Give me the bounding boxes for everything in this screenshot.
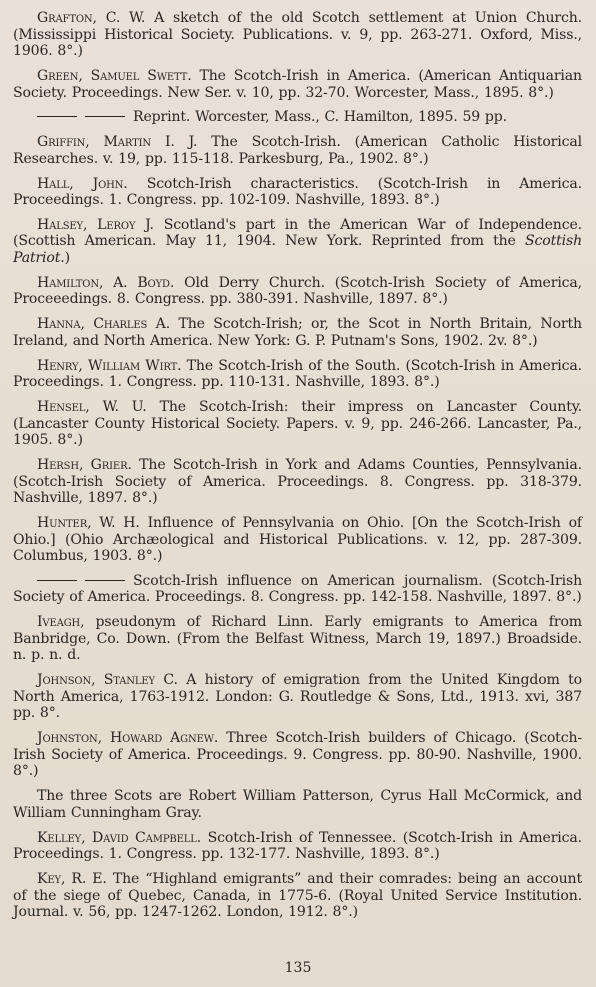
bib-entry-green-reprint: Reprint. Worcester, Mass., C. Hamilton, … <box>13 109 582 126</box>
page-number: 135 <box>0 960 596 976</box>
bib-entry-iveagh: Iveagh, pseudonym of Richard Linn. Early… <box>13 614 582 664</box>
entry-author: Hamilton, A. Boyd. <box>37 275 174 291</box>
bib-entry-hamilton: Hamilton, A. Boyd. Old Derry Church. (Sc… <box>13 275 582 308</box>
ditto-dash <box>85 580 125 581</box>
bib-entry-johnson: Johnson, Stanley C. A history of emigrat… <box>13 672 582 722</box>
bib-entry-kelley: Kelley, David Campbell. Scotch-Irish of … <box>13 830 582 863</box>
entry-author: Johnson, Stanley C. <box>37 672 178 688</box>
entry-text: The three Scots are Robert William Patte… <box>13 788 582 821</box>
bib-entry-johnston: Johnston, Howard Agnew. Three Scotch-Iri… <box>13 730 582 780</box>
entry-author: Kelley, David Campbell. <box>37 830 201 846</box>
entry-author: Key, R. E. <box>37 871 107 887</box>
ditto-dash <box>85 116 125 117</box>
bib-entry-halsey: Halsey, Leroy J. Scotland's part in the … <box>13 217 582 267</box>
entry-text: pseudonym of Richard Linn. Early emigran… <box>13 614 582 663</box>
entry-author: Halsey, Leroy J. <box>37 217 154 233</box>
entry-author: Hensel, W. U. <box>37 399 147 415</box>
entry-author: Grafton, C. W. <box>37 10 145 26</box>
ditto-dash <box>37 116 77 117</box>
entry-author: Green, Samuel Swett. <box>37 68 192 84</box>
entry-author: Hanna, Charles A. <box>37 316 170 332</box>
bib-entry-griffin: Griffin, Martin I. J. The Scotch-Irish. … <box>13 134 582 167</box>
entry-author: Hall, John. <box>37 176 128 192</box>
bib-entry-hensel: Hensel, W. U. The Scotch-Irish: their im… <box>13 399 582 449</box>
entry-author: Iveagh, <box>37 614 84 630</box>
bib-entry-henry: Henry, William Wirt. The Scotch-Irish of… <box>13 358 582 391</box>
entry-text: Scotch-Irish influence on American journ… <box>13 573 582 606</box>
entry-text-tail: ) <box>65 250 70 266</box>
entry-author: Hunter, W. H. <box>37 515 140 531</box>
bib-entry-green: Green, Samuel Swett. The Scotch-Irish in… <box>13 68 582 101</box>
book-page: Grafton, C. W. A sketch of the old Scotc… <box>0 0 596 987</box>
bib-entry-hall: Hall, John. Scotch-Irish characteristics… <box>13 176 582 209</box>
bib-entry-grafton: Grafton, C. W. A sketch of the old Scotc… <box>13 10 582 60</box>
entry-author: Hersh, Grier. <box>37 457 132 473</box>
bib-entry-key: Key, R. E. The “Highland emigrants” and … <box>13 871 582 921</box>
bib-entry-hunter: Hunter, W. H. Influence of Pennsylvania … <box>13 515 582 565</box>
bib-entry-hersh: Hersh, Grier. The Scotch-Irish in York a… <box>13 457 582 507</box>
bib-entry-hunter-journalism: Scotch-Irish influence on American journ… <box>13 573 582 606</box>
entry-author: Johnston, Howard Agnew. <box>37 730 218 746</box>
entry-text: Reprint. Worcester, Mass., C. Hamilton, … <box>133 109 507 125</box>
bib-note-johnston: The three Scots are Robert William Patte… <box>13 788 582 821</box>
entry-author: Henry, William Wirt. <box>37 358 181 374</box>
bib-entry-hanna: Hanna, Charles A. The Scotch-Irish; or, … <box>13 316 582 349</box>
entry-author: Griffin, Martin I. J. <box>37 134 197 150</box>
ditto-dash <box>37 580 77 581</box>
